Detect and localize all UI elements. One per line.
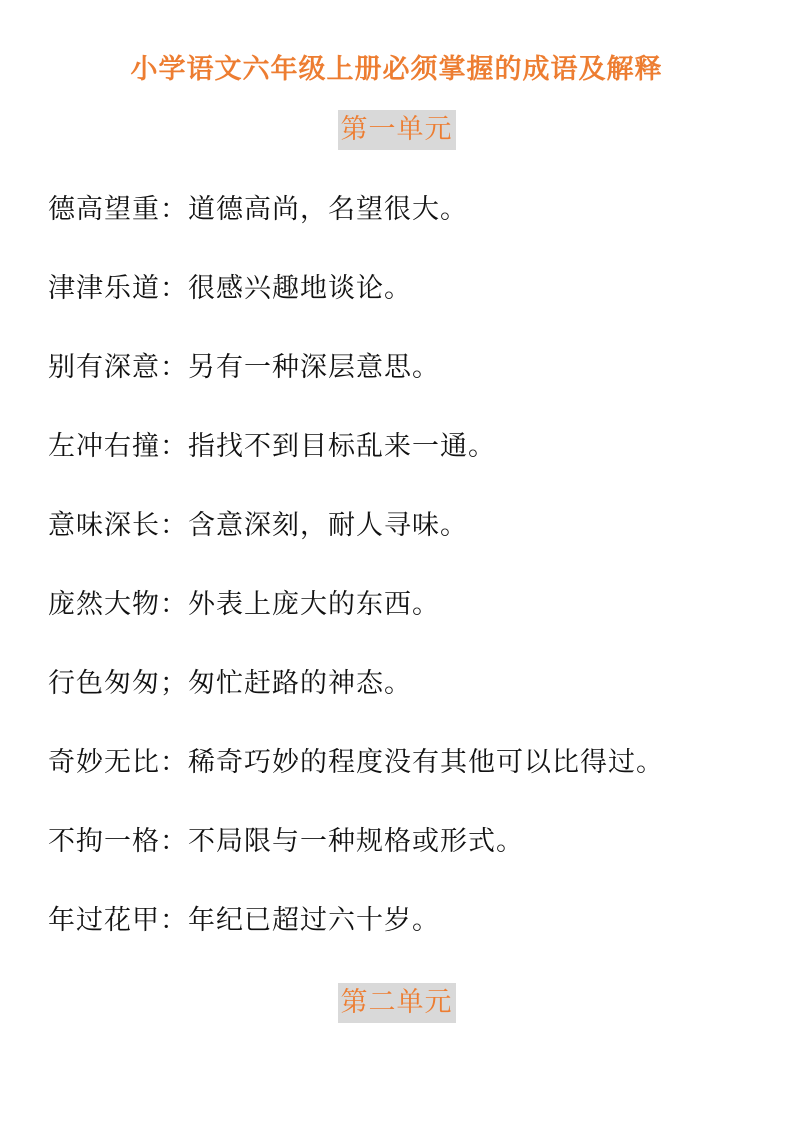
idiom-definition: 另有一种深层意思。: [188, 352, 440, 383]
idiom-definition: 外表上庞大的东西。: [188, 589, 440, 620]
idiom-entry: 德高望重：道德高尚，名望很大。: [48, 188, 664, 267]
idiom-separator: ：: [160, 820, 188, 864]
idiom-entry: 奇妙无比：稀奇巧妙的程度没有其他可以比得过。: [48, 741, 664, 820]
idiom-term: 别有深意: [48, 352, 160, 383]
idiom-separator: ：: [160, 267, 188, 311]
idiom-separator: ：: [160, 899, 188, 943]
idiom-term: 意味深长: [48, 510, 160, 541]
idiom-term: 德高望重: [48, 194, 160, 225]
idiom-separator: ：: [160, 346, 188, 390]
idiom-definition: 指找不到目标乱来一通。: [188, 431, 496, 462]
unit-2-heading: 第二单元: [338, 983, 456, 1023]
idiom-entry: 行色匆匆；匆忙赶路的神态。: [48, 662, 664, 741]
idiom-definition: 不局限与一种规格或形式。: [188, 826, 524, 857]
idiom-term: 津津乐道: [48, 273, 160, 304]
idiom-definition: 道德高尚，名望很大。: [188, 194, 468, 225]
document-title: 小学语文六年级上册必须掌握的成语及解释: [0, 50, 793, 90]
unit-1-heading-row: 第一单元: [0, 110, 793, 150]
idiom-term: 不拘一格: [48, 826, 160, 857]
idiom-separator: ：: [160, 504, 188, 548]
idiom-term: 庞然大物: [48, 589, 160, 620]
idiom-definition: 很感兴趣地谈论。: [188, 273, 412, 304]
idiom-term: 左冲右撞: [48, 431, 160, 462]
unit-1-heading: 第一单元: [338, 110, 456, 150]
idiom-entry: 津津乐道：很感兴趣地谈论。: [48, 267, 664, 346]
idiom-term: 行色匆匆: [48, 668, 160, 699]
idiom-term: 年过花甲: [48, 905, 160, 936]
idiom-term: 奇妙无比: [48, 747, 160, 778]
idiom-entry: 左冲右撞：指找不到目标乱来一通。: [48, 425, 664, 504]
idiom-separator: ：: [160, 425, 188, 469]
idiom-separator: ：: [160, 188, 188, 232]
idiom-entry: 年过花甲：年纪已超过六十岁。: [48, 899, 664, 978]
idiom-entry: 别有深意：另有一种深层意思。: [48, 346, 664, 425]
idiom-entry: 不拘一格：不局限与一种规格或形式。: [48, 820, 664, 899]
idiom-entry: 意味深长：含意深刻，耐人寻味。: [48, 504, 664, 583]
idiom-separator: ；: [160, 662, 188, 706]
idiom-definition: 含意深刻，耐人寻味。: [188, 510, 468, 541]
idiom-definition: 匆忙赶路的神态。: [188, 668, 412, 699]
unit-2-heading-row: 第二单元: [0, 983, 793, 1023]
idiom-definition: 年纪已超过六十岁。: [188, 905, 440, 936]
idiom-separator: ：: [160, 583, 188, 627]
unit-1-idiom-list: 德高望重：道德高尚，名望很大。 津津乐道：很感兴趣地谈论。 别有深意：另有一种深…: [48, 188, 664, 978]
idiom-separator: ：: [160, 741, 188, 785]
idiom-entry: 庞然大物：外表上庞大的东西。: [48, 583, 664, 662]
idiom-definition: 稀奇巧妙的程度没有其他可以比得过。: [188, 747, 664, 778]
